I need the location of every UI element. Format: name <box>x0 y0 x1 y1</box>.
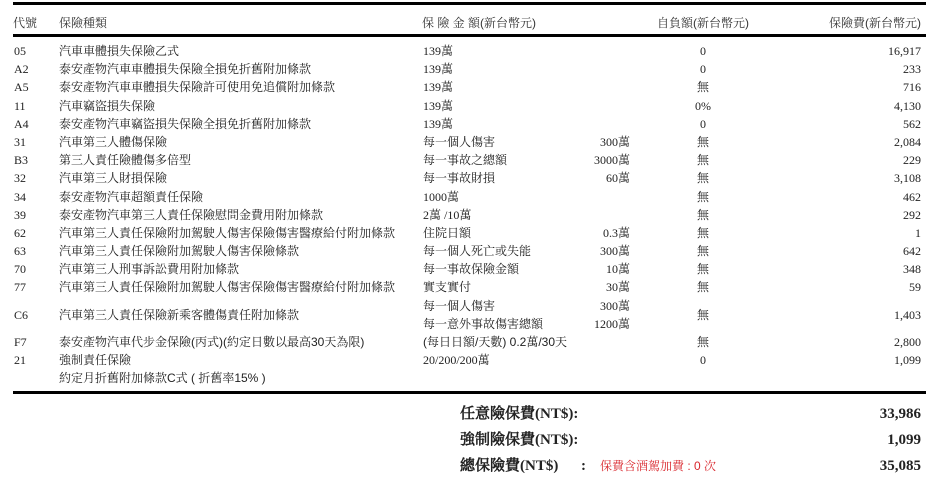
amount-line: 每一個人傷害300萬 <box>423 297 633 315</box>
table-row: 34泰安產物汽車超額責任保險1000萬無462 <box>13 188 926 206</box>
row-deductible: 無 <box>673 133 733 151</box>
row-deductible: 無 <box>673 224 733 242</box>
row-premium: 4,130 <box>801 97 921 115</box>
row-insurance-type: 汽車車體損失保險乙式 <box>59 42 419 60</box>
row-insured-amount <box>423 369 633 387</box>
table-row: 39泰安產物汽車第三人責任保險慰問金費用附加條款2萬 /10萬無292 <box>13 206 926 224</box>
row-deductible: 無 <box>673 151 733 169</box>
row-premium: 16,917 <box>801 42 921 60</box>
row-premium: 59 <box>801 278 921 296</box>
amount-line: 20/200/200萬 <box>423 351 633 369</box>
amount-value: 1200萬 <box>594 315 630 333</box>
row-code: 05 <box>14 42 54 60</box>
row-deductible: 0 <box>673 42 733 60</box>
row-code: C6 <box>14 297 54 333</box>
amount-label: 每一個人傷害 <box>423 133 495 151</box>
amount-label: 2萬 /10萬 <box>423 206 471 224</box>
row-deductible: 無 <box>673 206 733 224</box>
header-deductible: 自負額(新台幣元) <box>657 14 749 31</box>
amount-line: 每一事故財損60萬 <box>423 169 633 187</box>
amount-label: 實支實付 <box>423 278 471 296</box>
row-insurance-type: 汽車第三人刑事訴訟費用附加條款 <box>59 260 419 278</box>
row-insured-amount: (每日日額/天數) 0.2萬/30天 <box>423 333 633 351</box>
amount-label: 每一個人傷害 <box>423 297 495 315</box>
row-deductible: 無 <box>673 278 733 296</box>
row-code: 39 <box>14 206 54 224</box>
table-row: 31汽車第三人體傷保險每一個人傷害300萬無2,084 <box>13 133 926 151</box>
row-insurance-type: 汽車第三人財損保險 <box>59 169 419 187</box>
amount-label: 住院日額 <box>423 224 471 242</box>
row-code: 31 <box>14 133 54 151</box>
voluntary-premium-label: 任意險保費(NT$): <box>460 401 578 427</box>
amount-label: 每一事故財損 <box>423 169 495 187</box>
amount-label: 139萬 <box>423 97 453 115</box>
compulsory-premium-row: 強制險保費(NT$): 1,099 <box>13 427 926 453</box>
amount-label: 139萬 <box>423 115 453 133</box>
amount-value: 30萬 <box>606 278 630 296</box>
row-insured-amount: 2萬 /10萬 <box>423 206 633 224</box>
amount-line: 1000萬 <box>423 188 633 206</box>
row-insured-amount: 每一個人傷害300萬 <box>423 133 633 151</box>
row-insurance-type: 約定月折舊附加條款C式 ( 折舊率15% ) <box>59 369 419 387</box>
row-code: A4 <box>14 115 54 133</box>
row-premium <box>801 369 921 387</box>
amount-line: 139萬 <box>423 78 633 96</box>
row-premium: 1,403 <box>801 297 921 333</box>
row-premium: 229 <box>801 151 921 169</box>
row-deductible: 無 <box>673 169 733 187</box>
row-code: 11 <box>14 97 54 115</box>
row-deductible: 0 <box>673 60 733 78</box>
amount-line: 139萬 <box>423 60 633 78</box>
amount-value: 0.3萬 <box>603 224 630 242</box>
row-insured-amount: 139萬 <box>423 42 633 60</box>
amount-value: 3000萬 <box>594 151 630 169</box>
row-premium: 3,108 <box>801 169 921 187</box>
header-code: 代號 <box>13 14 37 31</box>
compulsory-premium-value: 1,099 <box>887 427 921 453</box>
amount-value: 300萬 <box>600 242 630 260</box>
table-row: B3第三人責任險體傷多倍型每一事故之總額3000萬無229 <box>13 151 926 169</box>
row-premium: 716 <box>801 78 921 96</box>
total-premium-row: 總保險費(NT$) : 保費含酒駕加費 : 0 次 35,085 <box>13 453 926 479</box>
amount-label: 每一個人死亡或失能 <box>423 242 531 260</box>
row-premium: 292 <box>801 206 921 224</box>
table-row: 11汽車竊盜損失保險139萬0%4,130 <box>13 97 926 115</box>
row-premium: 1,099 <box>801 351 921 369</box>
total-premium-value: 35,085 <box>880 453 921 479</box>
table-row: A4泰安產物汽車竊盜損失保險全損免折舊附加條款139萬0562 <box>13 115 926 133</box>
amount-label: 139萬 <box>423 42 453 60</box>
drunk-driving-surcharge-note: 保費含酒駕加費 : 0 次 <box>600 453 716 479</box>
table-row: 63汽車第三人責任保險附加駕駛人傷害保險條款每一個人死亡或失能300萬無642 <box>13 242 926 260</box>
row-insured-amount: 每一事故財損60萬 <box>423 169 633 187</box>
amount-line: 每一意外事故傷害總額1200萬 <box>423 315 633 333</box>
row-code: 63 <box>14 242 54 260</box>
row-insured-amount: 住院日額0.3萬 <box>423 224 633 242</box>
table-row: 32汽車第三人財損保險每一事故財損60萬無3,108 <box>13 169 926 187</box>
row-code <box>14 369 54 387</box>
table-row: A2泰安產物汽車車體損失保險全損免折舊附加條款139萬0233 <box>13 60 926 78</box>
row-insured-amount: 每一事故保險金額10萬 <box>423 260 633 278</box>
row-code: A2 <box>14 60 54 78</box>
row-premium: 348 <box>801 260 921 278</box>
amount-line: 每一事故保險金額10萬 <box>423 260 633 278</box>
row-deductible <box>673 369 733 387</box>
header-insurance-type: 保險種類 <box>59 14 107 31</box>
amount-label: 139萬 <box>423 78 453 96</box>
amount-line: 139萬 <box>423 42 633 60</box>
amount-value: 10萬 <box>606 260 630 278</box>
row-code: B3 <box>14 151 54 169</box>
total-premium-colon: : <box>581 453 586 479</box>
table-row: 21強制責任保險20/200/200萬01,099 <box>13 351 926 369</box>
row-insured-amount: 139萬 <box>423 60 633 78</box>
amount-line: 住院日額0.3萬 <box>423 224 633 242</box>
amount-label: 139萬 <box>423 60 453 78</box>
row-deductible: 0 <box>673 351 733 369</box>
row-insurance-type: 泰安產物汽車第三人責任保險慰問金費用附加條款 <box>59 206 419 224</box>
header-premium: 保險費(新台幣元) <box>829 14 921 31</box>
amount-line: 每一事故之總額3000萬 <box>423 151 633 169</box>
coverage-rows: 05汽車車體損失保險乙式139萬016,917A2泰安產物汽車車體損失保險全損免… <box>13 42 926 387</box>
row-insurance-type: 汽車竊盜損失保險 <box>59 97 419 115</box>
table-row: 77汽車第三人責任保險附加駕駛人傷害保險傷害醫療給付附加條款實支實付30萬無59 <box>13 278 926 296</box>
row-insured-amount: 139萬 <box>423 115 633 133</box>
amount-line: 實支實付30萬 <box>423 278 633 296</box>
row-insured-amount: 139萬 <box>423 97 633 115</box>
row-deductible: 無 <box>673 297 733 333</box>
row-deductible: 無 <box>673 188 733 206</box>
amount-line: 139萬 <box>423 115 633 133</box>
top-rule <box>13 2 926 5</box>
row-deductible: 無 <box>673 333 733 351</box>
row-insured-amount: 實支實付30萬 <box>423 278 633 296</box>
row-premium: 1 <box>801 224 921 242</box>
amount-label: 1000萬 <box>423 188 459 206</box>
row-code: F7 <box>14 333 54 351</box>
row-insurance-type: 汽車第三人體傷保險 <box>59 133 419 151</box>
row-insured-amount: 每一個人傷害300萬每一意外事故傷害總額1200萬 <box>423 297 633 333</box>
table-row: 約定月折舊附加條款C式 ( 折舊率15% ) <box>13 369 926 387</box>
voluntary-premium-value: 33,986 <box>880 401 921 427</box>
row-code: 34 <box>14 188 54 206</box>
amount-value: 60萬 <box>606 169 630 187</box>
row-premium: 2,084 <box>801 133 921 151</box>
row-insured-amount: 139萬 <box>423 78 633 96</box>
row-deductible: 無 <box>673 260 733 278</box>
row-insured-amount: 每一個人死亡或失能300萬 <box>423 242 633 260</box>
row-code: 62 <box>14 224 54 242</box>
row-insured-amount: 1000萬 <box>423 188 633 206</box>
row-code: 70 <box>14 260 54 278</box>
row-insurance-type: 汽車第三人責任保險附加駕駛人傷害保險傷害醫療給付附加條款 <box>59 278 419 296</box>
table-row: A5泰安產物汽車車體損失保險許可使用免追償附加條款139萬無716 <box>13 78 926 96</box>
row-deductible: 無 <box>673 242 733 260</box>
row-code: 32 <box>14 169 54 187</box>
header-rule <box>13 34 926 37</box>
amount-line: 每一個人傷害300萬 <box>423 133 633 151</box>
table-row: 62汽車第三人責任保險附加駕駛人傷害保險傷害醫療給付附加條款住院日額0.3萬無1 <box>13 224 926 242</box>
row-insurance-type: 泰安產物汽車代步金保險(丙式)(約定日數以最高30天為限) <box>59 333 419 351</box>
row-insurance-type: 第三人責任險體傷多倍型 <box>59 151 419 169</box>
table-row: 05汽車車體損失保險乙式139萬016,917 <box>13 42 926 60</box>
row-insured-amount: 每一事故之總額3000萬 <box>423 151 633 169</box>
row-insurance-type: 泰安產物汽車車體損失保險許可使用免追償附加條款 <box>59 78 419 96</box>
table-row: C6汽車第三人責任保險新乘客體傷責任附加條款每一個人傷害300萬每一意外事故傷害… <box>13 297 926 333</box>
amount-value: 300萬 <box>600 297 630 315</box>
amount-label: 每一意外事故傷害總額 <box>423 315 543 333</box>
row-deductible: 0% <box>673 97 733 115</box>
row-premium: 462 <box>801 188 921 206</box>
row-premium: 233 <box>801 60 921 78</box>
row-insurance-type: 泰安產物汽車超額責任保險 <box>59 188 419 206</box>
row-insured-amount: 20/200/200萬 <box>423 351 633 369</box>
row-premium: 2,800 <box>801 333 921 351</box>
amount-label: 每一事故之總額 <box>423 151 507 169</box>
amount-label: 20/200/200萬 <box>423 351 490 369</box>
row-code: A5 <box>14 78 54 96</box>
table-row: 70汽車第三人刑事訴訟費用附加條款每一事故保險金額10萬無348 <box>13 260 926 278</box>
amount-line: 每一個人死亡或失能300萬 <box>423 242 633 260</box>
amount-line: (每日日額/天數) 0.2萬/30天 <box>423 333 633 351</box>
row-premium: 562 <box>801 115 921 133</box>
amount-label: 每一事故保險金額 <box>423 260 519 278</box>
header-insured-amount: 保 險 金 額(新台幣元) <box>422 14 536 31</box>
totals-rule <box>13 391 926 394</box>
compulsory-premium-label: 強制險保費(NT$): <box>460 427 578 453</box>
voluntary-premium-row: 任意險保費(NT$): 33,986 <box>13 401 926 427</box>
row-premium: 642 <box>801 242 921 260</box>
row-code: 77 <box>14 278 54 296</box>
table-row: F7泰安產物汽車代步金保險(丙式)(約定日數以最高30天為限)(每日日額/天數)… <box>13 333 926 351</box>
total-premium-label: 總保險費(NT$) <box>460 453 558 479</box>
row-deductible: 無 <box>673 78 733 96</box>
row-insurance-type: 泰安產物汽車竊盜損失保險全損免折舊附加條款 <box>59 115 419 133</box>
totals-section: 任意險保費(NT$): 33,986 強制險保費(NT$): 1,099 總保險… <box>13 401 926 479</box>
row-insurance-type: 汽車第三人責任保險附加駕駛人傷害保險條款 <box>59 242 419 260</box>
amount-line: 139萬 <box>423 97 633 115</box>
amount-line <box>423 369 633 387</box>
amount-label: (每日日額/天數) 0.2萬/30天 <box>423 333 567 351</box>
row-insurance-type: 汽車第三人責任保險新乘客體傷責任附加條款 <box>59 297 419 333</box>
row-insurance-type: 泰安產物汽車車體損失保險全損免折舊附加條款 <box>59 60 419 78</box>
row-insurance-type: 汽車第三人責任保險附加駕駛人傷害保險傷害醫療給付附加條款 <box>59 224 419 242</box>
row-code: 21 <box>14 351 54 369</box>
row-insurance-type: 強制責任保險 <box>59 351 419 369</box>
amount-line: 2萬 /10萬 <box>423 206 633 224</box>
row-deductible: 0 <box>673 115 733 133</box>
amount-value: 300萬 <box>600 133 630 151</box>
